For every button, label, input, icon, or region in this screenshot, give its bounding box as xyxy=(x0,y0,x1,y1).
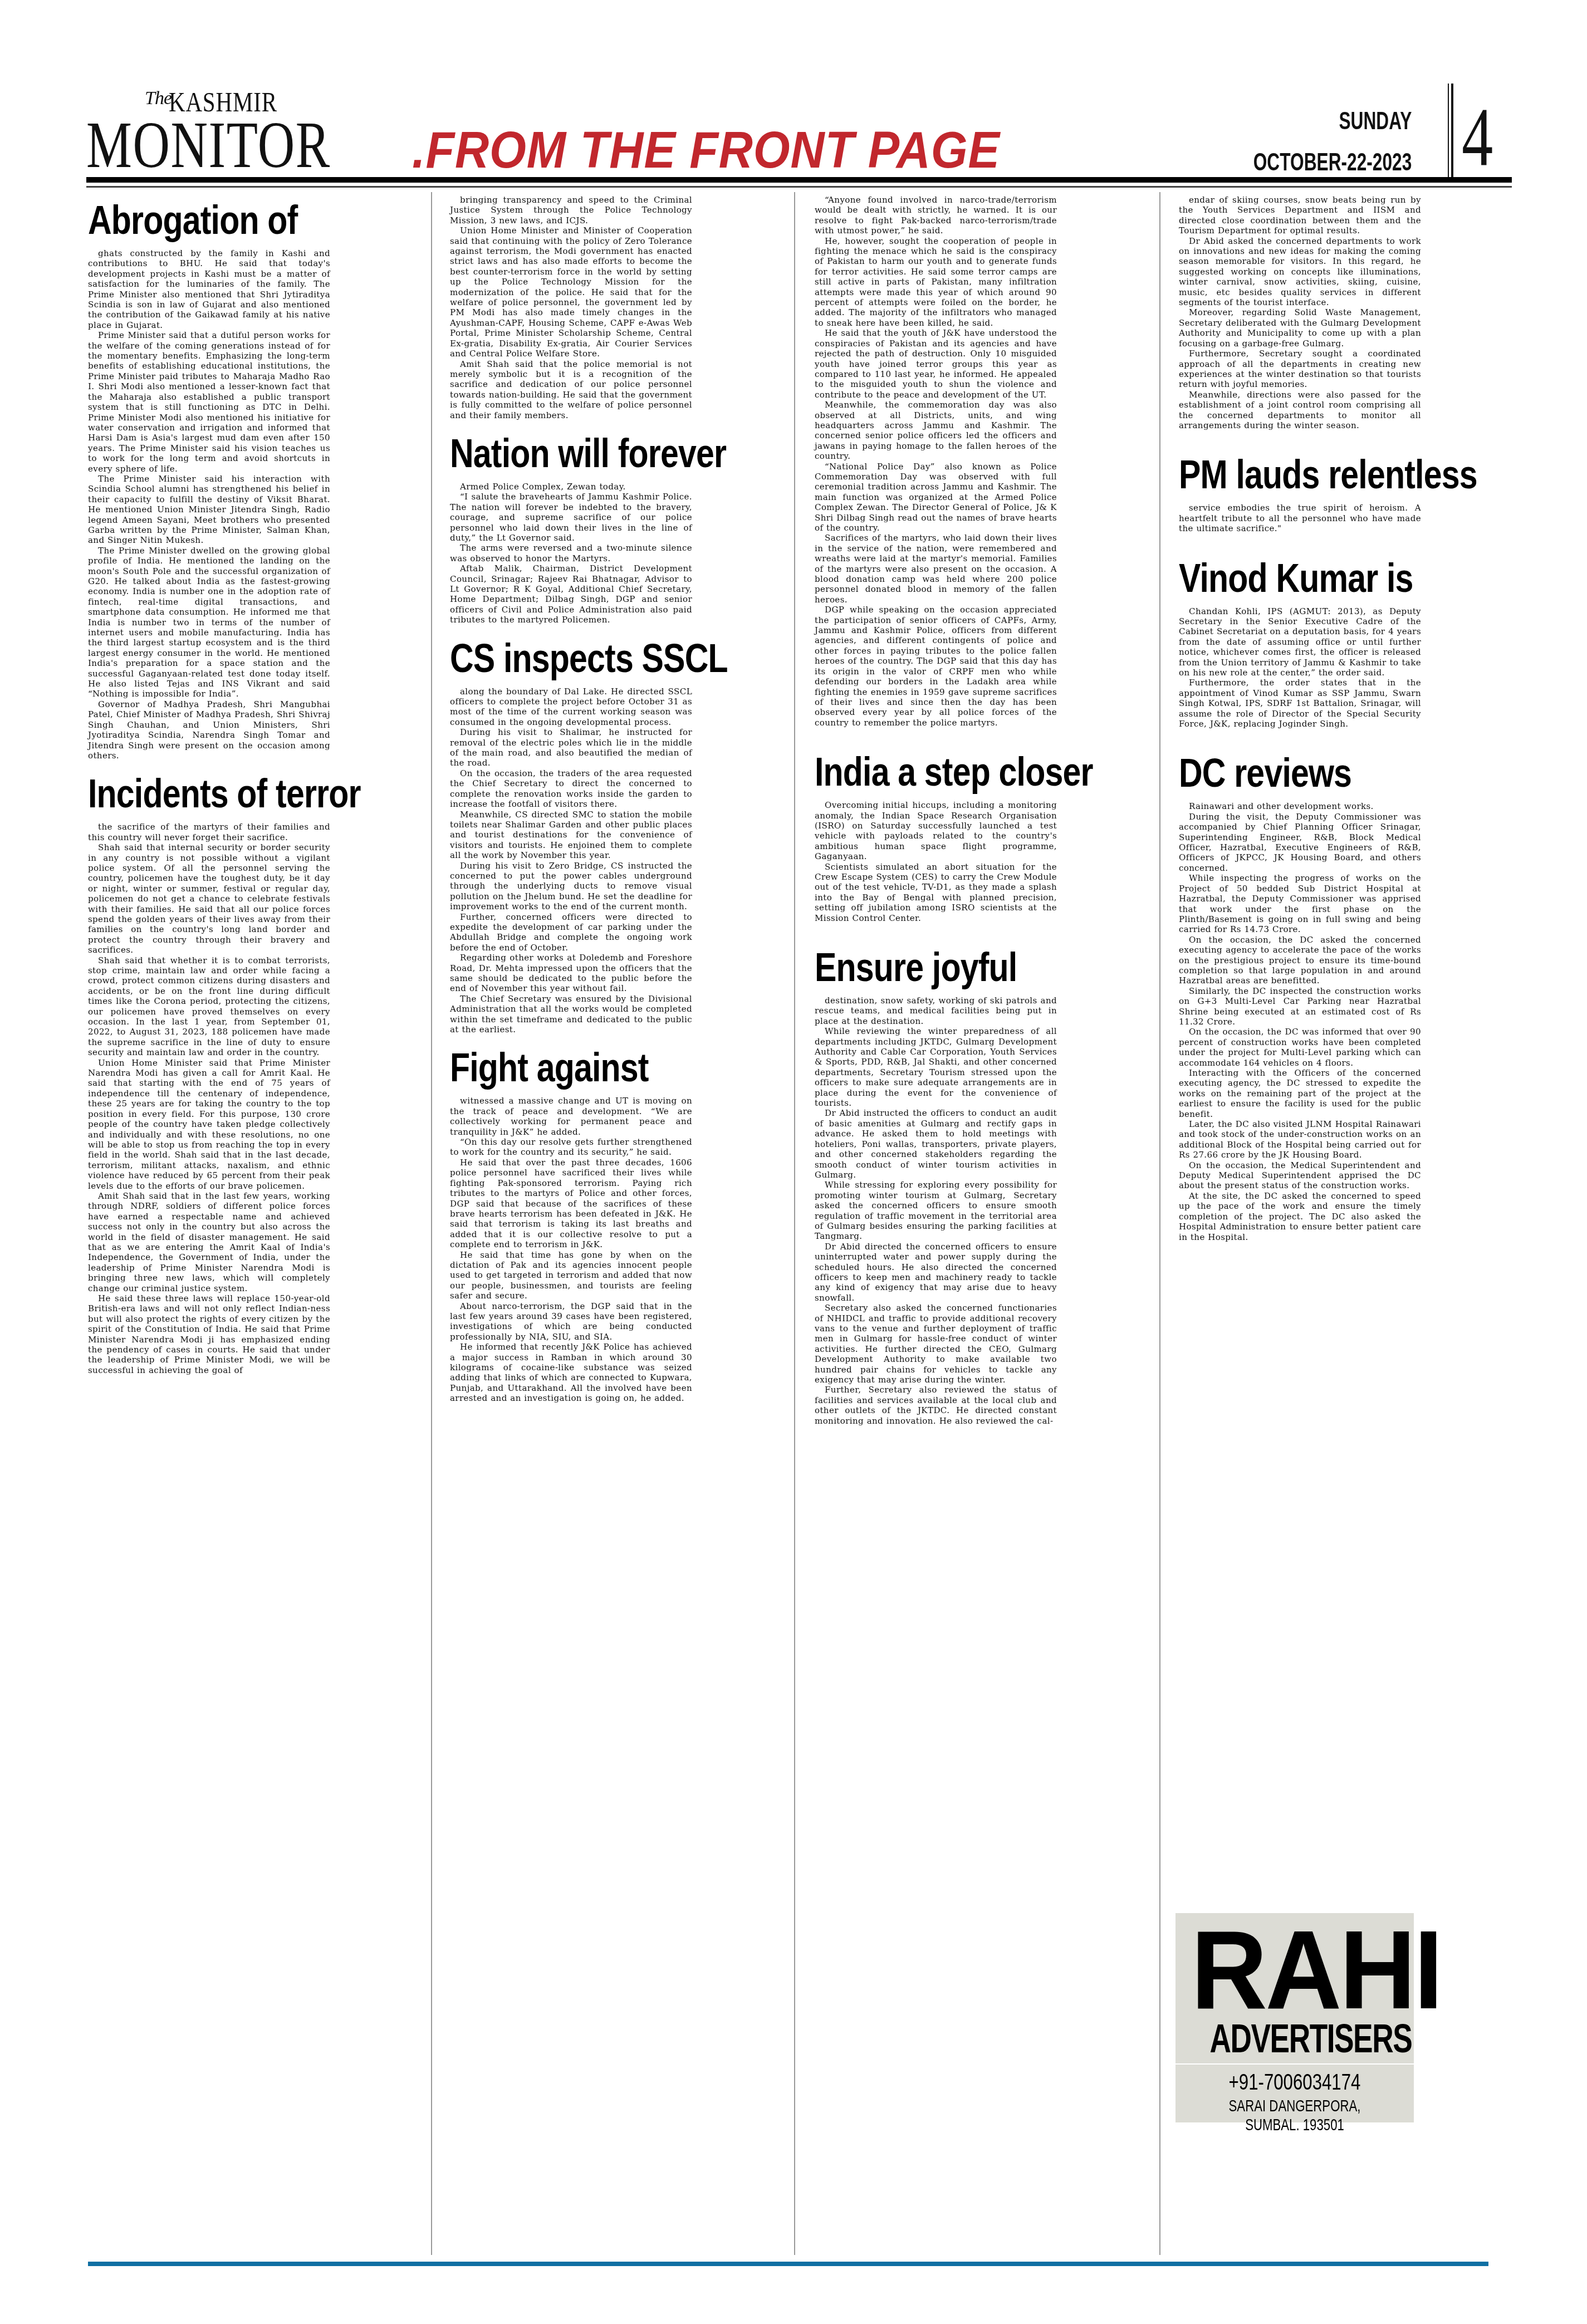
ad-phone: +91-7006034174 xyxy=(1202,2070,1388,2095)
story-ensure-joyful: Ensure joyful destination, snow safety, … xyxy=(815,945,1057,1426)
paragraph: Secretary also asked the concerned funct… xyxy=(815,1303,1057,1385)
paragraph: At the site, the DC asked the concerned … xyxy=(1179,1191,1421,1242)
column-1: Abrogation of ghats constructed by the f… xyxy=(88,195,330,1386)
headline[interactable]: India a step closer xyxy=(815,750,1013,795)
paragraph: Sacrifices of the martyrs, who laid down… xyxy=(815,533,1057,605)
masthead: The KASHMIR MONITOR .FROM THE FRONT PAGE… xyxy=(86,84,1512,189)
paragraph: About narco-terrorism, the DGP said that… xyxy=(450,1301,692,1342)
section-title: .FROM THE FRONT PAGE xyxy=(412,122,1000,178)
story-continuation-gulmarg: endar of skiing courses, snow beats bein… xyxy=(1179,195,1421,430)
advertisement-rahi-advertisers[interactable]: RAHI ADVERTISERS +91-7006034174 SARAI DA… xyxy=(1175,1913,1414,2122)
story-continuation-criminal-justice: bringing transparency and speed to the C… xyxy=(450,195,692,420)
paragraph: Furthermore, the order states that in th… xyxy=(1179,678,1421,729)
paragraph: He said that the youth of J&K have under… xyxy=(815,328,1057,400)
page-number-divider xyxy=(1448,84,1453,177)
story-pm-lauds-relentless: PM lauds relentless service embodies the… xyxy=(1179,453,1421,533)
paragraph: Governor of Madhya Pradesh, Shri Mangubh… xyxy=(88,699,330,761)
paragraph: He said that time has gone by when on th… xyxy=(450,1250,692,1301)
paragraph: Moreover, regarding Solid Waste Manageme… xyxy=(1179,307,1421,349)
paragraph: Similarly, the DC inspected the construc… xyxy=(1179,986,1421,1027)
paragraph: Amit Shah said that the police memorial … xyxy=(450,359,692,420)
paragraph: Aftab Malik, Chairman, District Developm… xyxy=(450,563,692,625)
paragraph: Dr Abid asked the concerned departments … xyxy=(1179,236,1421,308)
issue-date: OCTOBER-22-2023 xyxy=(1253,148,1412,177)
masthead-rule-thin xyxy=(86,186,1512,188)
paragraph: along the boundary of Dal Lake. He direc… xyxy=(450,687,692,728)
paragraph: He informed that recently J&K Police has… xyxy=(450,1342,692,1403)
paragraph: During his visit to Shalimar, he instruc… xyxy=(450,727,692,768)
paragraph: Rainawari and other development works. xyxy=(1179,801,1421,811)
column-divider xyxy=(794,192,795,2255)
paragraph: While reviewing the winter preparedness … xyxy=(815,1026,1057,1108)
paragraph: He said these three laws will replace 15… xyxy=(88,1293,330,1375)
footer-rule xyxy=(88,2262,1488,2266)
headline[interactable]: Abrogation of xyxy=(88,198,287,243)
paragraph: Meanwhile, CS directed SMC to station th… xyxy=(450,810,692,861)
story-fight-against: Fight against witnessed a massive change… xyxy=(450,1046,692,1403)
headline[interactable]: Fight against xyxy=(450,1046,649,1090)
paragraph: The Prime Minister dwelled on the growin… xyxy=(88,546,330,699)
paragraph: Meanwhile, directions were also passed f… xyxy=(1179,390,1421,431)
paragraph: service embodies the true spirit of hero… xyxy=(1179,503,1421,533)
headline[interactable]: DC reviews xyxy=(1179,751,1378,796)
paragraph: On the occasion, the traders of the area… xyxy=(450,768,692,810)
paragraph: endar of skiing courses, snow beats bein… xyxy=(1179,195,1421,236)
paragraph: On the occasion, the DC was informed tha… xyxy=(1179,1027,1421,1068)
headline[interactable]: Nation will forever xyxy=(450,432,649,476)
paragraph: “National Police Day” also known as Poli… xyxy=(815,462,1057,533)
column-4: endar of skiing courses, snow beats bein… xyxy=(1179,195,1421,1253)
paragraph: “Anyone found involved in narco-trade/te… xyxy=(815,195,1057,236)
paragraph: Chandan Kohli, IPS (AGMUT: 2013), as Dep… xyxy=(1179,606,1421,678)
paragraph: destination, snow safety, working of ski… xyxy=(815,996,1057,1026)
paragraph: Further, Secretary also reviewed the sta… xyxy=(815,1385,1057,1426)
paragraph: Later, the DC also visited JLNM Hospital… xyxy=(1179,1119,1421,1160)
paragraph: bringing transparency and speed to the C… xyxy=(450,195,692,225)
column-2: bringing transparency and speed to the C… xyxy=(450,195,692,1415)
story-abrogation: Abrogation of ghats constructed by the f… xyxy=(88,198,330,761)
ad-title: RAHI xyxy=(1191,1923,1398,2018)
column-divider xyxy=(1159,192,1160,2255)
date-block: SUNDAY OCTOBER-22-2023 xyxy=(1192,107,1412,177)
story-dc-reviews: DC reviews Rainawari and other developme… xyxy=(1179,751,1421,1242)
ad-separator xyxy=(1175,2063,1414,2065)
paragraph: During the visit, the Deputy Commissione… xyxy=(1179,812,1421,873)
headline[interactable]: CS inspects SSCL xyxy=(450,636,649,681)
paragraph: Shah said that internal security or bord… xyxy=(88,842,330,955)
paragraph: The Prime Minister said his interaction … xyxy=(88,474,330,546)
paragraph: Meanwhile, the commemoration day was als… xyxy=(815,400,1057,461)
headline[interactable]: PM lauds relentless xyxy=(1179,453,1378,497)
paragraph: Dr Abid instructed the officers to condu… xyxy=(815,1108,1057,1180)
paragraph: He, however, sought the cooperation of p… xyxy=(815,236,1057,329)
logo-the: The xyxy=(145,88,172,109)
paragraph: Union Home Minister said that Prime Mini… xyxy=(88,1058,330,1191)
paragraph: On the occasion, the DC asked the concer… xyxy=(1179,935,1421,986)
story-continuation-narco-terror: “Anyone found involved in narco-trade/te… xyxy=(815,195,1057,728)
story-vinod-kumar: Vinod Kumar is Chandan Kohli, IPS (AGMUT… xyxy=(1179,556,1421,729)
paragraph: He said that over the past three decades… xyxy=(450,1158,692,1250)
paragraph: Amit Shah said that in the last few year… xyxy=(88,1191,330,1293)
story-cs-inspects-sscl: CS inspects SSCL along the boundary of D… xyxy=(450,636,692,1035)
paragraph: Prime Minister said that a dutiful perso… xyxy=(88,330,330,474)
page-number: 4 xyxy=(1462,96,1493,179)
paragraph: Regarding other works at Doledemb and Fo… xyxy=(450,953,692,994)
paragraph: “I salute the bravehearts of Jammu Kashm… xyxy=(450,492,692,543)
paragraph: the sacrifice of the martyrs of their fa… xyxy=(88,822,330,842)
paragraph: Scientists simulated an abort situation … xyxy=(815,862,1057,923)
story-incidents-of-terror: Incidents of terror the sacrifice of the… xyxy=(88,772,330,1375)
story-nation-will-forever: Nation will forever Armed Police Complex… xyxy=(450,432,692,625)
story-india-a-step-closer: India a step closer Overcoming initial h… xyxy=(815,750,1057,923)
paragraph: Dr Abid directed the concerned officers … xyxy=(815,1242,1057,1303)
paragraph: DGP while speaking on the occasion appre… xyxy=(815,605,1057,728)
ad-subtitle: ADVERTISERS xyxy=(1210,2019,1380,2059)
paragraph: Shah said that whether it is to combat t… xyxy=(88,955,330,1058)
column-3: “Anyone found involved in narco-trade/te… xyxy=(815,195,1057,1437)
headline[interactable]: Incidents of terror xyxy=(88,772,287,816)
paragraph: Furthermore, Secretary sought a coordina… xyxy=(1179,349,1421,390)
paragraph: On the occasion, the Medical Superintend… xyxy=(1179,1160,1421,1191)
paragraph: Further, concerned officers were directe… xyxy=(450,912,692,953)
issue-day: SUNDAY xyxy=(1253,107,1412,136)
ad-address: SARAI DANGERPORA, SUMBAL. 193501 xyxy=(1207,2097,1383,2135)
paragraph: Overcoming initial hiccups, including a … xyxy=(815,800,1057,861)
headline[interactable]: Ensure joyful xyxy=(815,945,1013,990)
paragraph: The Chief Secretary was ensured by the D… xyxy=(450,994,692,1035)
paragraph: While stressing for exploring every poss… xyxy=(815,1180,1057,1241)
column-divider xyxy=(431,192,432,2255)
paragraph: ghats constructed by the family in Kashi… xyxy=(88,248,330,330)
paragraph: During his visit to Zero Bridge, CS inst… xyxy=(450,861,692,912)
paragraph: “On this day our resolve gets further st… xyxy=(450,1137,692,1158)
paragraph: The arms were reversed and a two-minute … xyxy=(450,543,692,563)
headline[interactable]: Vinod Kumar is xyxy=(1179,556,1378,601)
paragraph: While inspecting the progress of works o… xyxy=(1179,873,1421,934)
logo-monitor: MONITOR xyxy=(86,112,331,178)
paragraph: Armed Police Complex, Zewan today. xyxy=(450,482,692,492)
paragraph: Union Home Minister and Minister of Coop… xyxy=(450,225,692,359)
masthead-rule-thick xyxy=(86,177,1512,183)
paragraph: Interacting with the Officers of the con… xyxy=(1179,1068,1421,1119)
paragraph: witnessed a massive change and UT is mov… xyxy=(450,1096,692,1137)
